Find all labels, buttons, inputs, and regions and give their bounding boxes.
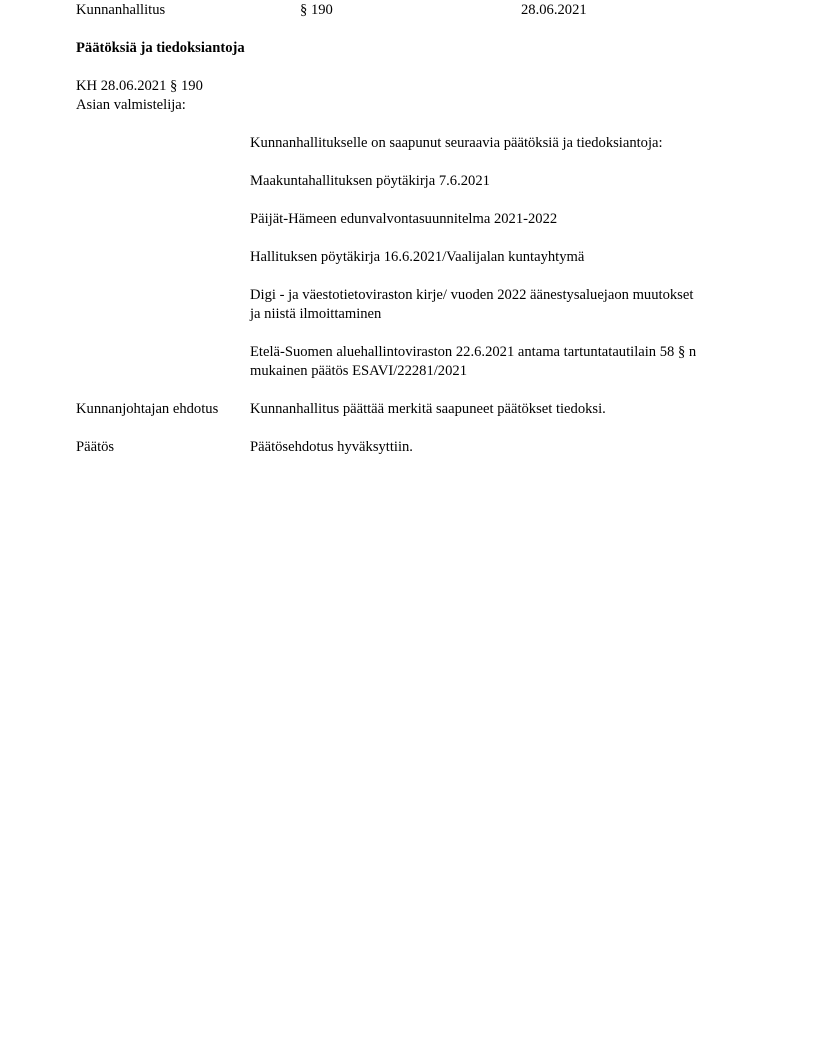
list-item-continued: ja niistä ilmoittaminen: [250, 305, 381, 324]
decision-label: Päätös: [76, 438, 114, 457]
list-item-continued: mukainen päätös ESAVI/22281/2021: [250, 362, 467, 381]
proposal-label: Kunnanjohtajan ehdotus: [76, 400, 218, 419]
list-item: Hallituksen pöytäkirja 16.6.2021/Vaalija…: [250, 248, 584, 267]
preparer-label: Asian valmistelija:: [76, 96, 186, 115]
list-item: Digi - ja väestotietoviraston kirje/ vuo…: [250, 286, 693, 305]
proposal-text: Kunnanhallitus päättää merkitä saapuneet…: [250, 400, 606, 419]
decision-text: Päätösehdotus hyväksyttiin.: [250, 438, 413, 457]
list-item: Etelä-Suomen aluehallintoviraston 22.6.2…: [250, 343, 696, 362]
document-title: Päätöksiä ja tiedoksiantoja: [76, 39, 245, 58]
reference: KH 28.06.2021 § 190: [76, 77, 203, 96]
header-date: 28.06.2021: [521, 1, 587, 20]
intro-text: Kunnanhallitukselle on saapunut seuraavi…: [250, 134, 663, 153]
list-item: Maakuntahallituksen pöytäkirja 7.6.2021: [250, 172, 490, 191]
header-body: Kunnanhallitus: [76, 1, 165, 20]
list-item: Päijät-Hämeen edunvalvontasuunnitelma 20…: [250, 210, 557, 229]
header-section: § 190: [300, 1, 333, 20]
